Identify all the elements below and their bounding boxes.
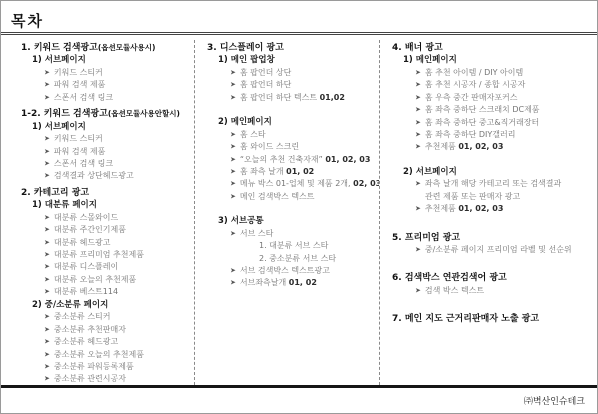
section-title: 7. 메인 지도 근거리판매자 노출 광고	[392, 313, 597, 325]
label: 5. 프리미엄 광고	[392, 233, 460, 243]
list-item: ➤스폰서 검색 링크	[44, 158, 194, 170]
subsection-title: 1) 대분류 페이지	[32, 199, 194, 212]
label-number: 01, 02, 03	[458, 204, 503, 213]
label: 좌측 날개 해당 카테고리 또는 검색결과	[425, 179, 561, 188]
label: 대분류 베스트114	[54, 287, 118, 296]
list-item: ➤중소분류 추천판매자	[44, 324, 194, 336]
list-item: ➤검색 박스 텍스트	[415, 285, 597, 297]
subsection-title: 1) 메인 팝업창	[218, 54, 379, 67]
spacer	[392, 297, 597, 309]
nested-list-item: 2. 중소분류 서브 스타	[259, 253, 379, 265]
bullet-arrow-icon: ➤	[44, 67, 50, 79]
label-number: 01, 02, 03	[325, 155, 370, 164]
bullet-arrow-icon: ➤	[415, 104, 421, 116]
bullet-arrow-icon: ➤	[230, 128, 236, 140]
list-item: ➤대분류 주간인기제품	[44, 224, 194, 236]
list-item: ➤파워 검색 제품	[44, 146, 194, 158]
list-item: ➤좌측 날개 해당 카테고리 또는 검색결과	[415, 178, 597, 190]
label: 4. 배너 광고	[392, 43, 443, 53]
label: 3) 서브공통	[218, 216, 264, 226]
label: 7. 메인 지도 근거리판매자 노출 광고	[392, 314, 539, 324]
bullet-arrow-icon: ➤	[230, 91, 236, 103]
label: 메뉴 박스 01-업체 및 제품 2개,	[240, 179, 353, 188]
label-number: 01, 02, 03	[458, 142, 503, 151]
list-item: ➤서브 검색박스 텍스트광고	[230, 265, 379, 277]
bullet-arrow-icon: ➤	[230, 277, 236, 289]
label: 대분류 주간인기제품	[54, 225, 126, 234]
list-item: ➤서브좌측날개 01, 02	[230, 277, 379, 289]
label: 1) 서브페이지	[32, 55, 86, 65]
bullet-arrow-icon: ➤	[44, 133, 50, 145]
label: 1. 대분류 서브 스타	[259, 241, 328, 250]
list-item: ➤“오늘의 추천 건축자재” 01, 02, 03	[230, 154, 379, 166]
label: 1) 메인 팝업창	[218, 55, 275, 65]
subsection-title: 2) 서브페이지	[403, 166, 597, 179]
list-item-continuation: 관련 제품 또는 판매자 광고	[425, 191, 597, 203]
label: 관련 제품 또는 판매자 광고	[425, 192, 520, 201]
list-item: ➤중소분류 파워등록제품	[44, 361, 194, 373]
bullet-arrow-icon: ➤	[44, 236, 50, 248]
subsection-title: 1) 서브페이지	[32, 54, 194, 67]
bullet-arrow-icon: ➤	[415, 67, 421, 79]
list-item: ➤추천제품 01, 02, 03	[415, 203, 597, 215]
label: 대분류 스몰와이드	[54, 213, 118, 222]
label: 홈 좌측 중하단 DIY갤러리	[425, 130, 516, 139]
subsection-title: 2) 중/소분류 페이지	[32, 299, 194, 312]
bullet-arrow-icon: ➤	[44, 170, 50, 182]
list-item: ➤홈 우측 중간 판매자포커스	[415, 92, 597, 104]
bullet-arrow-icon: ➤	[415, 129, 421, 141]
list-item: ➤홈 좌측 중하단 스크래치 DC제품	[415, 104, 597, 116]
section-title: 2. 카테고리 광고	[21, 187, 194, 199]
list-item: ➤검색결과 상단헤드광고	[44, 170, 194, 182]
list-item: ➤중소분류 헤드광고	[44, 336, 194, 348]
label: 중소분류 관련시공자	[54, 374, 126, 383]
label: 홈 추천 아이템 / DIY 아이템	[425, 68, 523, 77]
label: 스폰서 검색 링크	[54, 159, 113, 168]
bullet-arrow-icon: ➤	[415, 203, 421, 215]
list-item: ➤대분류 베스트114	[44, 286, 194, 298]
list-item: ➤홈 추천 시공자 / 종합 시공자	[415, 79, 597, 91]
list-item: ➤파워 검색 제품	[44, 79, 194, 91]
label: 키워드 스티커	[54, 68, 103, 77]
bullet-arrow-icon: ➤	[44, 336, 50, 348]
label: 추천제품	[425, 142, 458, 151]
label: 2) 중/소분류 페이지	[32, 300, 108, 310]
label: 2) 서브페이지	[403, 167, 457, 177]
label-number: 02, 03	[353, 179, 379, 188]
label: 홈 우측 중간 판매자포커스	[425, 93, 518, 102]
bullet-arrow-icon: ➤	[415, 284, 421, 296]
label: 1. 키워드 검색광고	[21, 43, 98, 53]
list-item: ➤홈 좌측 날개 01, 02	[230, 166, 379, 178]
bullet-arrow-icon: ➤	[230, 265, 236, 277]
toc-column-3: 4. 배너 광고1) 메인페이지➤홈 추천 아이템 / DIY 아이템➤홈 추천…	[379, 40, 597, 385]
list-item: ➤대분류 디스플레이	[44, 261, 194, 273]
list-item: ➤중소분류 관련시공자	[44, 373, 194, 385]
label: 1) 대분류 페이지	[32, 200, 97, 210]
bullet-arrow-icon: ➤	[44, 323, 50, 335]
label: 파워 검색 제품	[54, 80, 105, 89]
label: 홈 좌측 날개	[240, 167, 286, 176]
spacer	[207, 203, 379, 215]
bullet-arrow-icon: ➤	[415, 116, 421, 128]
toc-column-1: 1. 키워드 검색광고(옵션모듈사용시)1) 서브페이지➤키워드 스티커➤파워 …	[1, 40, 194, 385]
section-title: 6. 검색박스 연관검색어 광고	[392, 272, 597, 284]
label: 6. 검색박스 연관검색어 광고	[392, 273, 507, 283]
toc-slide: 목차 1. 키워드 검색광고(옵션모듈사용시)1) 서브페이지➤키워드 스티커➤…	[0, 0, 598, 414]
label: 중/소분류 페이지 프리미엄 라벨 및 선순위	[425, 245, 572, 254]
label: 검색결과 상단헤드광고	[54, 171, 134, 180]
label: “오늘의 추천 건축자재”	[240, 155, 325, 164]
list-item: ➤메뉴 박스 01-업체 및 제품 2개, 02, 03	[230, 178, 379, 190]
label: 홈 좌측 중하단 스크래치 DC제품	[425, 105, 540, 114]
bullet-arrow-icon: ➤	[230, 178, 236, 190]
bullet-arrow-icon: ➤	[44, 79, 50, 91]
list-item: ➤서브 스타	[230, 228, 379, 240]
list-item: ➤스폰서 검색 링크	[44, 92, 194, 104]
label: 2) 메인페이지	[218, 117, 272, 127]
label: 서브 스타	[240, 229, 273, 238]
label: 홈 팝언더 하단	[240, 80, 291, 89]
subsection-title: 1) 메인페이지	[403, 54, 597, 67]
spacer	[207, 104, 379, 116]
nested-list-item: 1. 대분류 서브 스타	[259, 240, 379, 252]
list-item: ➤중/소분류 페이지 프리미엄 라벨 및 선순위	[415, 244, 597, 256]
label: 홈 추천 시공자 / 종합 시공자	[425, 80, 525, 89]
bullet-arrow-icon: ➤	[230, 227, 236, 239]
label: 대분류 오늘의 추천제품	[54, 275, 136, 284]
label: 중소분류 스티커	[54, 312, 111, 321]
title-divider	[1, 32, 597, 35]
bullet-arrow-icon: ➤	[44, 158, 50, 170]
bullet-arrow-icon: ➤	[44, 261, 50, 273]
subsection-title: 1) 서브페이지	[32, 121, 194, 134]
list-item: ➤중소분류 스티커	[44, 311, 194, 323]
label: 1-2. 키워드 검색광고	[21, 109, 108, 119]
bullet-arrow-icon: ➤	[44, 360, 50, 372]
bullet-arrow-icon: ➤	[44, 145, 50, 157]
list-item: ➤홈 팝언더 하단	[230, 79, 379, 91]
list-item: ➤대분류 오늘의 추천제품	[44, 274, 194, 286]
company-name: ㈜벽산인슈테크	[524, 394, 585, 407]
bullet-arrow-icon: ➤	[230, 141, 236, 153]
label: 파워 검색 제품	[54, 147, 105, 156]
label: 2. 카테고리 광고	[21, 188, 89, 198]
bullet-arrow-icon: ➤	[44, 273, 50, 285]
bullet-arrow-icon: ➤	[415, 178, 421, 190]
section-title: 4. 배너 광고	[392, 42, 597, 54]
list-item: ➤홈 팝언더 하단 텍스트 01,02	[230, 92, 379, 104]
bullet-arrow-icon: ➤	[415, 244, 421, 256]
bullet-arrow-icon: ➤	[44, 373, 50, 385]
bullet-arrow-icon: ➤	[230, 67, 236, 79]
label: 중소분류 추천판매자	[54, 325, 126, 334]
label: 서브 검색박스 텍스트광고	[240, 266, 330, 275]
bullet-arrow-icon: ➤	[230, 79, 236, 91]
spacer	[392, 216, 597, 228]
subsection-title: 3) 서브공통	[218, 215, 379, 228]
label: 메인 검색박스 텍스트	[240, 192, 315, 201]
footer-divider	[1, 385, 597, 388]
bullet-arrow-icon: ➤	[44, 211, 50, 223]
toc-column-2: 3. 디스플레이 광고1) 메인 팝업창➤홈 팝언더 상단➤홈 팝언더 하단➤홈…	[194, 40, 379, 385]
label-number: 01,02	[320, 93, 345, 102]
bullet-arrow-icon: ➤	[415, 91, 421, 103]
label: 검색 박스 텍스트	[425, 286, 484, 295]
list-item: ➤키워드 스티커	[44, 67, 194, 79]
toc-columns: 1. 키워드 검색광고(옵션모듈사용시)1) 서브페이지➤키워드 스티커➤파워 …	[1, 40, 597, 385]
list-item: ➤홈 좌측 중하단 DIY갤러리	[415, 129, 597, 141]
label: 홈 팝언더 상단	[240, 68, 291, 77]
bullet-arrow-icon: ➤	[44, 311, 50, 323]
label: 대분류 디스플레이	[54, 262, 118, 271]
bullet-arrow-icon: ➤	[230, 166, 236, 178]
label: 1) 서브페이지	[32, 122, 86, 132]
section-title: 1. 키워드 검색광고(옵션모듈사용시)	[21, 42, 194, 54]
bullet-arrow-icon: ➤	[44, 286, 50, 298]
list-item: ➤메인 검색박스 텍스트	[230, 191, 379, 203]
label: 키워드 스티커	[54, 134, 103, 143]
list-item: ➤대분류 헤드광고	[44, 237, 194, 249]
label: 대분류 프리미엄 추천제품	[54, 250, 144, 259]
list-item: ➤대분류 스몰와이드	[44, 212, 194, 224]
section-title: 3. 디스플레이 광고	[207, 42, 379, 54]
label: 중소분류 파워등록제품	[54, 362, 134, 371]
label: 중소분류 오늘의 추천제품	[54, 350, 144, 359]
label: 2. 중소분류 서브 스타	[259, 254, 336, 263]
bullet-arrow-icon: ➤	[415, 79, 421, 91]
list-item: ➤키워드 스티커	[44, 133, 194, 145]
label-small: (옵션모듈사용안할시)	[108, 109, 180, 118]
bullet-arrow-icon: ➤	[44, 91, 50, 103]
list-item: ➤홈 와이드 스크린	[230, 141, 379, 153]
bullet-arrow-icon: ➤	[44, 224, 50, 236]
label: 3. 디스플레이 광고	[207, 43, 284, 53]
bullet-arrow-icon: ➤	[230, 190, 236, 202]
bullet-arrow-icon: ➤	[44, 348, 50, 360]
label: 홈 좌측 중하단 중고&직거래장터	[425, 118, 539, 127]
label: 1) 메인페이지	[403, 55, 457, 65]
page-title: 목차	[11, 10, 44, 31]
subsection-title: 2) 메인페이지	[218, 116, 379, 129]
label: 서브좌측날개	[240, 278, 289, 287]
list-item: ➤홈 팝언더 상단	[230, 67, 379, 79]
label: 스폰서 검색 링크	[54, 93, 113, 102]
label-number: 01, 02	[286, 167, 314, 176]
list-item: ➤중소분류 오늘의 추천제품	[44, 349, 194, 361]
label: 홈 팝언더 하단 텍스트	[240, 93, 320, 102]
bullet-arrow-icon: ➤	[415, 141, 421, 153]
section-title: 1-2. 키워드 검색광고(옵션모듈사용안할시)	[21, 108, 194, 120]
section-title: 5. 프리미엄 광고	[392, 232, 597, 244]
bullet-arrow-icon: ➤	[230, 153, 236, 165]
label-number: 01, 02	[289, 278, 317, 287]
bullet-arrow-icon: ➤	[44, 249, 50, 261]
list-item: ➤홈 스타	[230, 129, 379, 141]
list-item: ➤추천제품 01, 02, 03	[415, 141, 597, 153]
list-item: ➤대분류 프리미엄 추천제품	[44, 249, 194, 261]
list-item: ➤홈 추천 아이템 / DIY 아이템	[415, 67, 597, 79]
label-small: (옵션모듈사용시)	[98, 43, 156, 52]
label: 홈 와이드 스크린	[240, 142, 299, 151]
label: 추천제품	[425, 204, 458, 213]
label: 홈 스타	[240, 130, 266, 139]
label: 중소분류 헤드광고	[54, 337, 118, 346]
list-item: ➤홈 좌측 중하단 중고&직거래장터	[415, 117, 597, 129]
spacer	[392, 256, 597, 268]
spacer	[392, 154, 597, 166]
label: 대분류 헤드광고	[54, 238, 111, 247]
